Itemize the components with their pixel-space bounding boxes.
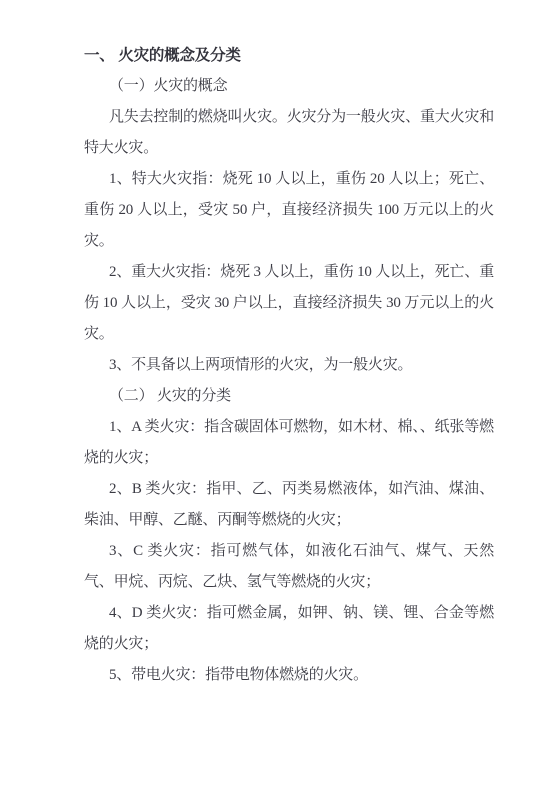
paragraph-class-b-fire: 2、B 类火灾：指甲、乙、丙类易燃液体，如汽油、煤油、柴油、甲醇、乙醚、丙酮等燃… (84, 474, 494, 536)
paragraph-electrical-fire: 5、带电火灾：指带电物体燃烧的火灾。 (84, 660, 494, 691)
section-heading-concept: （一）火灾的概念 (84, 71, 494, 102)
paragraph-extra-large-fire: 1、特大火灾指：烧死 10 人以上，重伤 20 人以上；死亡、重伤 20 人以上… (84, 164, 494, 257)
document-title: 一、 火灾的概念及分类 (84, 40, 494, 71)
paragraph-class-c-fire: 3、C 类火灾：指可燃气体，如液化石油气、煤气、天然气、甲烷、丙烷、乙炔、氢气等… (84, 536, 494, 598)
paragraph-general-fire: 3、不具备以上两项情形的火灾，为一般火灾。 (84, 350, 494, 381)
section-heading-classification: （二） 火灾的分类 (84, 381, 494, 412)
paragraph-class-d-fire: 4、D 类火灾：指可燃金属，如钾、钠、镁、锂、合金等燃烧的火灾； (84, 598, 494, 660)
document-page: 一、 火灾的概念及分类 （一）火灾的概念 凡失去控制的燃烧叫火灾。火灾分为一般火… (0, 0, 559, 793)
paragraph-class-a-fire: 1、A 类火灾：指含碳固体可燃物，如木材、棉、、纸张等燃烧的火灾； (84, 412, 494, 474)
document-body: 一、 火灾的概念及分类 （一）火灾的概念 凡失去控制的燃烧叫火灾。火灾分为一般火… (84, 40, 494, 691)
paragraph-fire-definition: 凡失去控制的燃烧叫火灾。火灾分为一般火灾、重大火灾和特大火灾。 (84, 102, 494, 164)
paragraph-major-fire: 2、重大火灾指：烧死 3 人以上，重伤 10 人以上，死亡、重伤 10 人以上，… (84, 257, 494, 350)
